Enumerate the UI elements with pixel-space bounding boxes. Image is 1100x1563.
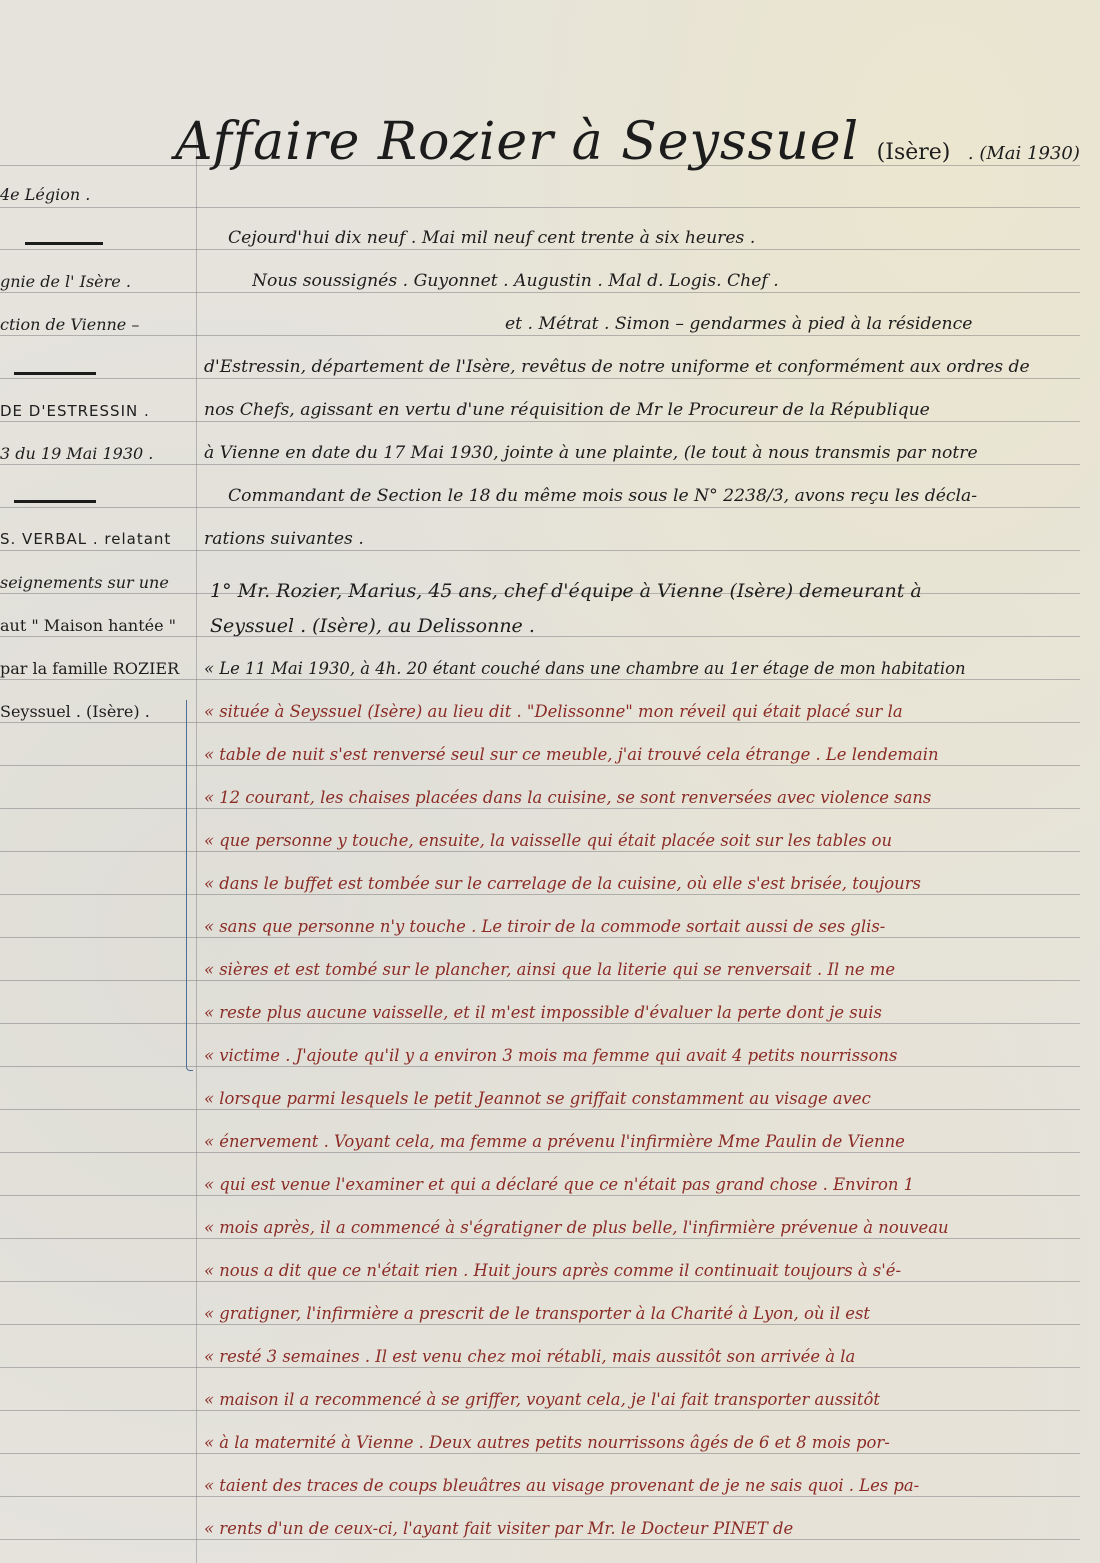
margin-subject-2: aut " Maison hantée " [0,616,192,635]
ruled-line [0,1324,1080,1325]
testimony-line: « Le 11 Mai 1930, à 4h. 20 étant couché … [204,659,1080,678]
title-region: (Isère) [877,140,951,165]
ruled-line [0,1453,1080,1454]
ruled-line [0,722,1080,723]
body-line: Nous soussignés . Guyonnet . Augustin . … [252,271,1100,291]
ruled-line [0,1367,1080,1368]
testimony-line: « énervement . Voyant cela, ma femme a p… [204,1132,1080,1151]
margin-subject-3: par la famille ROZIER [0,659,192,678]
testimony-line: « qui est venue l'examiner et qui a décl… [204,1175,1080,1194]
ruled-line [0,894,1080,895]
testimony-line: « mois après, il a commencé à s'égratign… [204,1218,1080,1237]
testimony-line: « sières et est tombé sur le plancher, a… [204,960,1080,979]
margin-subject-1: seignements sur une [0,573,192,592]
margin-section: ction de Vienne – [0,315,192,334]
testimony-line: « table de nuit s'est renversé seul sur … [204,745,1080,764]
ruled-line [0,292,1080,293]
ruled-line [0,808,1080,809]
ruled-line [0,1410,1080,1411]
margin-divider [25,242,103,245]
body-line: et . Métrat . Simon – gendarmes à pied à… [505,314,1100,334]
ruled-line [0,550,1080,551]
testimony-line: « gratigner, l'infirmière a prescrit de … [204,1304,1080,1323]
margin-legion: 4e Légion . [0,185,192,204]
testimony-line: « nous a dit que ce n'était rien . Huit … [204,1261,1080,1280]
body-line: rations suivantes . [204,529,1080,549]
body-line: d'Estressin, département de l'Isère, rev… [204,357,1080,377]
body-line-witness: 1° Mr. Rozier, Marius, 45 ans, chef d'éq… [210,580,1086,602]
body-line-witness: Seyssuel . (Isère), au Delissonne . [210,615,1086,637]
testimony-line: « 12 courant, les chaises placées dans l… [204,788,1080,807]
ruled-line [0,765,1080,766]
ruled-line [0,851,1080,852]
margin-pv-type: S. VERBAL . relatant [0,530,192,548]
ruled-line [0,980,1080,981]
margin-brigade: DE D'ESTRESSIN . [0,402,192,420]
title-main: Affaire Rozier à Seyssuel [175,112,859,172]
testimony-line: « reste plus aucune vaisselle, et il m'e… [204,1003,1080,1022]
margin-rule [196,120,197,1563]
testimony-line: « maison il a recommencé à se griffer, v… [204,1390,1080,1409]
document-page: Affaire Rozier à Seyssuel (Isère) . (Mai… [0,0,1100,1563]
ruled-line [0,421,1080,422]
body-line: Cejourd'hui dix neuf . Mai mil neuf cent… [228,228,1100,248]
ruled-line [0,1023,1080,1024]
ruled-line [0,1496,1080,1497]
testimony-line: « rents d'un de ceux-ci, l'ayant fait vi… [204,1519,1080,1538]
margin-divider [14,372,96,375]
ruled-line [0,1281,1080,1282]
body-line: Commandant de Section le 18 du même mois… [228,486,1100,506]
ruled-line [0,335,1080,336]
margin-subject-4: Seyssuel . (Isère) . [0,702,192,721]
body-line: nos Chefs, agissant en vertu d'une réqui… [204,400,1080,420]
ruled-line [0,207,1080,208]
ruled-line [0,378,1080,379]
ruled-line [0,507,1080,508]
ruled-line [0,1109,1080,1110]
title-date: . (Mai 1930) [968,143,1080,164]
testimony-line: « victime . J'ajoute qu'il y a environ 3… [204,1046,1080,1065]
document-title: Affaire Rozier à Seyssuel (Isère) . (Mai… [175,112,1080,172]
testimony-line: « resté 3 semaines . Il est venu chez mo… [204,1347,1080,1366]
margin-bracket [186,700,193,1071]
testimony-line: « que personne y touche, ensuite, la vai… [204,831,1080,850]
ruled-line [0,1238,1080,1239]
margin-divider [14,500,96,503]
testimony-line: « lorsque parmi lesquels le petit Jeanno… [204,1089,1080,1108]
testimony-line: « taient des traces de coups bleuâtres a… [204,1476,1080,1495]
ruled-line [0,1066,1080,1067]
ruled-line [0,1539,1080,1540]
margin-compagnie: gnie de l' Isère . [0,272,192,291]
ruled-line [0,1195,1080,1196]
margin-pv-number: 3 du 19 Mai 1930 . [0,444,192,463]
ruled-line [0,937,1080,938]
ruled-line [0,1152,1080,1153]
testimony-line: « dans le buffet est tombée sur le carre… [204,874,1080,893]
testimony-line: « à la maternité à Vienne . Deux autres … [204,1433,1080,1452]
testimony-line: « située à Seyssuel (Isère) au lieu dit … [204,702,1080,721]
testimony-line: « sans que personne n'y touche . Le tiro… [204,917,1080,936]
body-line: à Vienne en date du 17 Mai 1930, jointe … [204,443,1080,463]
ruled-line [0,464,1080,465]
ruled-line [0,249,1080,250]
ruled-line [0,679,1080,680]
